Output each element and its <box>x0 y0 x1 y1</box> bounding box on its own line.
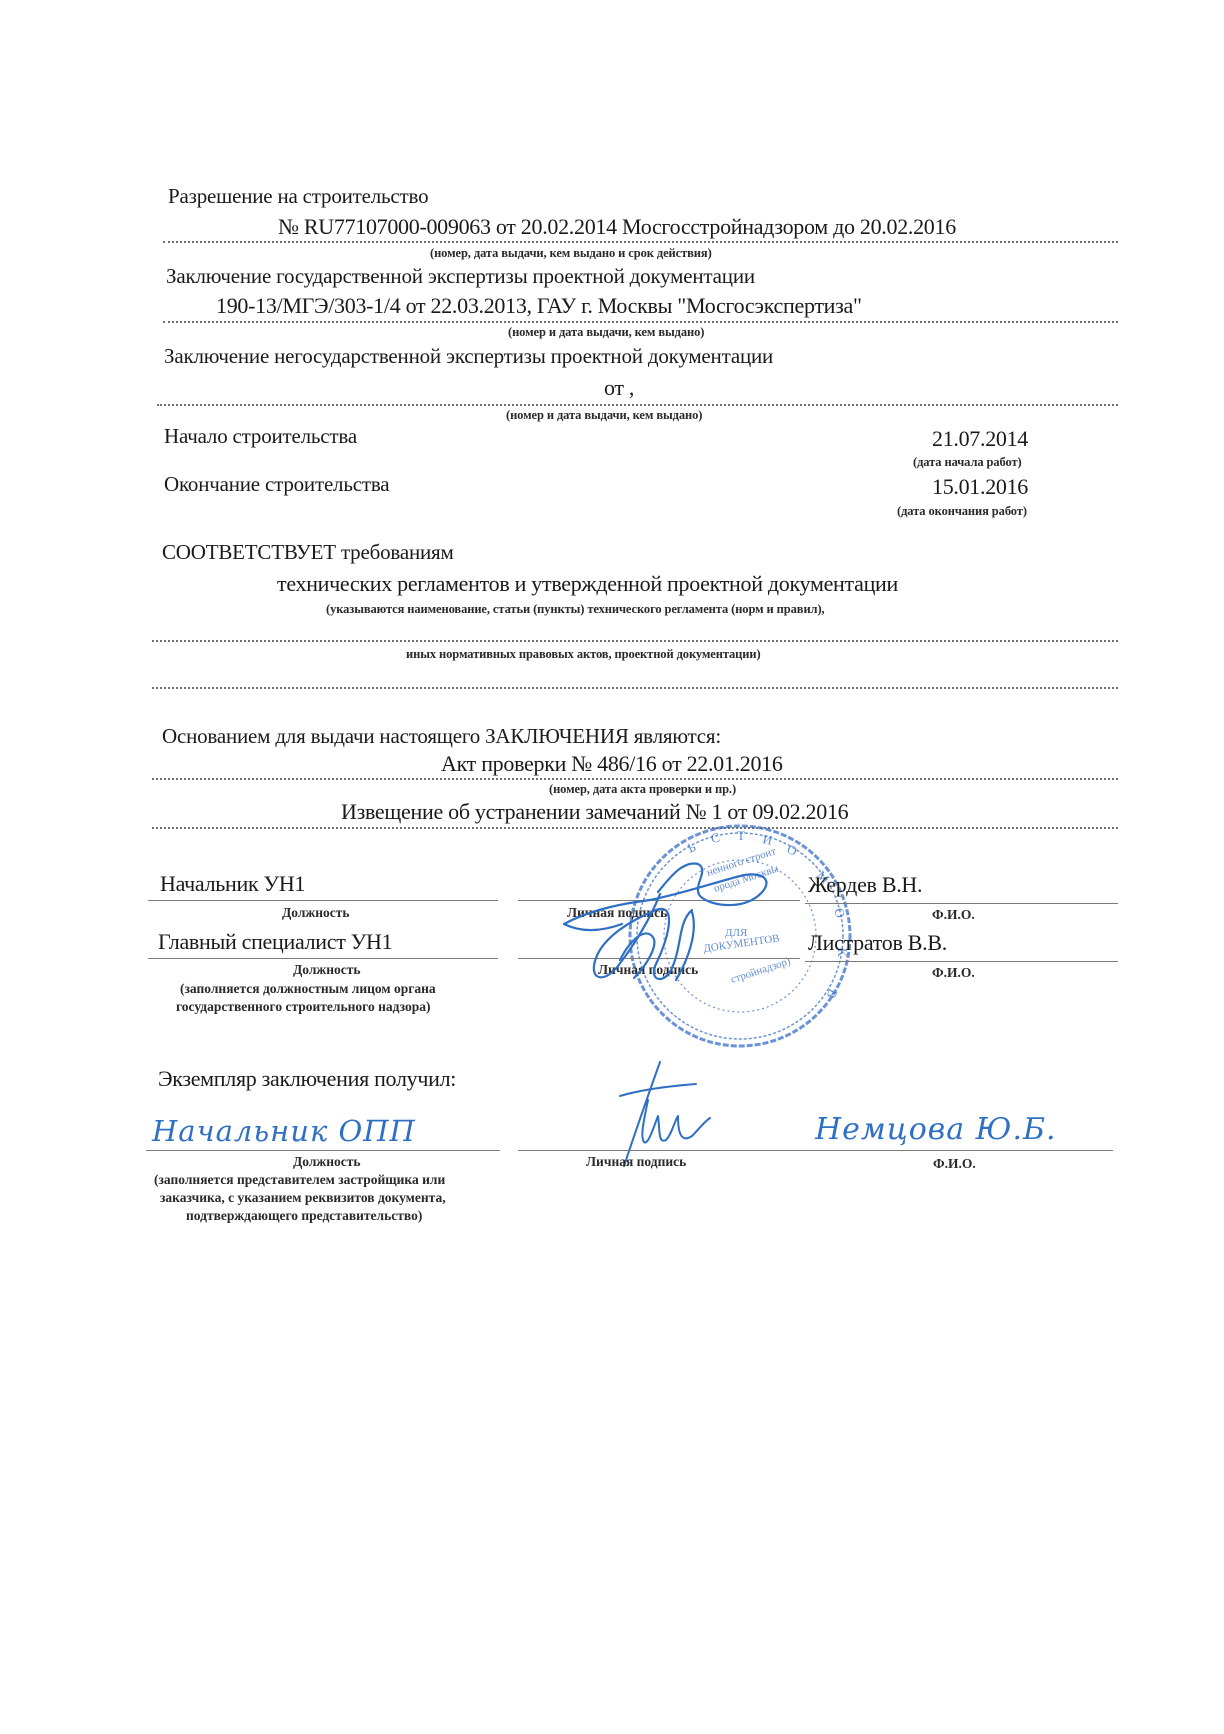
signatory-2-name-rule <box>805 961 1118 962</box>
compliance-rule-2 <box>152 687 1118 689</box>
permit-caption: (номер, дата выдачи, кем выдано и срок д… <box>430 246 712 261</box>
nonstate-expertise-caption: (номер и дата выдачи, кем выдано) <box>506 408 702 423</box>
state-expertise-heading: Заключение государственной экспертизы пр… <box>166 264 755 289</box>
receipt-name-handwritten: Немцова Ю.Б. <box>815 1112 1057 1147</box>
compliance-caption-1: (указываются наименование, статьи (пункт… <box>326 602 825 617</box>
signatory-1-position-caption: Должность <box>282 905 350 921</box>
construction-end-caption: (дата окончания работ) <box>897 504 1027 519</box>
basis-heading: Основанием для выдачи настоящего ЗАКЛЮЧЕ… <box>162 724 721 749</box>
construction-start-date: 21.07.2014 <box>932 426 1028 452</box>
receipt-note-2: заказчика, с указанием реквизитов докуме… <box>160 1190 446 1206</box>
state-expertise-value: 190-13/МГЭ/303-1/4 от 22.03.2013, ГАУ г.… <box>216 293 862 319</box>
construction-end-date: 15.01.2016 <box>932 474 1028 500</box>
receipt-note-1: (заполняется представителем застройщика … <box>154 1172 445 1188</box>
state-expertise-caption: (номер и дата выдачи, кем выдано) <box>508 325 704 340</box>
receipt-note-3: подтверждающего представительство) <box>186 1208 422 1224</box>
receipt-position-rule <box>146 1150 500 1151</box>
signatory-1-position-rule <box>148 900 498 901</box>
signatory-2-position: Главный специалист УН1 <box>158 929 392 955</box>
signatory-1-name: Жердев В.Н. <box>808 872 922 898</box>
signatory-2-position-rule <box>148 958 498 959</box>
signature-1-icon <box>560 840 800 1000</box>
permit-value: № RU77107000-009063 от 20.02.2014 Мосгос… <box>278 214 956 240</box>
signatory-2-position-caption: Должность <box>293 962 361 978</box>
signatory-1-name-rule <box>805 903 1118 904</box>
nonstate-expertise-value: от , <box>604 375 634 401</box>
basis-rule-1 <box>152 778 1118 780</box>
compliance-heading: СООТВЕТСТВУЕТ требованиям <box>162 540 454 565</box>
receipt-name-caption: Ф.И.О. <box>933 1156 976 1172</box>
signatory-1-name-caption: Ф.И.О. <box>932 907 975 923</box>
construction-start-label: Начало строительства <box>164 424 357 449</box>
svg-text:В: В <box>823 987 840 1001</box>
receipt-position-handwritten: Начальник ОПП <box>152 1114 416 1148</box>
signatories-note-2: государственного строительного надзора) <box>176 999 430 1015</box>
construction-end-label: Окончание строительства <box>164 472 389 497</box>
permit-rule <box>163 241 1118 243</box>
construction-start-caption: (дата начала работ) <box>913 455 1022 470</box>
state-expertise-rule <box>163 321 1118 323</box>
compliance-caption-2: иных нормативных правовых актов, проектн… <box>406 647 761 662</box>
compliance-value: технических регламентов и утвержденной п… <box>277 571 898 597</box>
receipt-signature-name-rule <box>518 1150 1113 1151</box>
signatory-2-name: Листратов В.В. <box>808 930 947 956</box>
receipt-signature-caption: Личная подпись <box>586 1154 686 1170</box>
signatories-note-1: (заполняется должностным лицом органа <box>180 981 436 997</box>
basis-caption: (номер, дата акта проверки и пр.) <box>549 782 736 797</box>
compliance-rule-1 <box>152 640 1118 642</box>
permit-heading: Разрешение на строительство <box>168 184 428 209</box>
signatory-2-name-caption: Ф.И.О. <box>932 965 975 981</box>
signatory-1-position: Начальник УН1 <box>160 871 305 897</box>
nonstate-expertise-heading: Заключение негосударственной экспертизы … <box>164 344 773 369</box>
nonstate-expertise-rule <box>157 404 1118 406</box>
receipt-heading: Экземпляр заключения получил: <box>158 1066 456 1092</box>
basis-item-1: Акт проверки № 486/16 от 22.01.2016 <box>441 751 783 777</box>
svg-text:О: О <box>831 906 848 920</box>
receipt-position-caption: Должность <box>293 1154 361 1170</box>
